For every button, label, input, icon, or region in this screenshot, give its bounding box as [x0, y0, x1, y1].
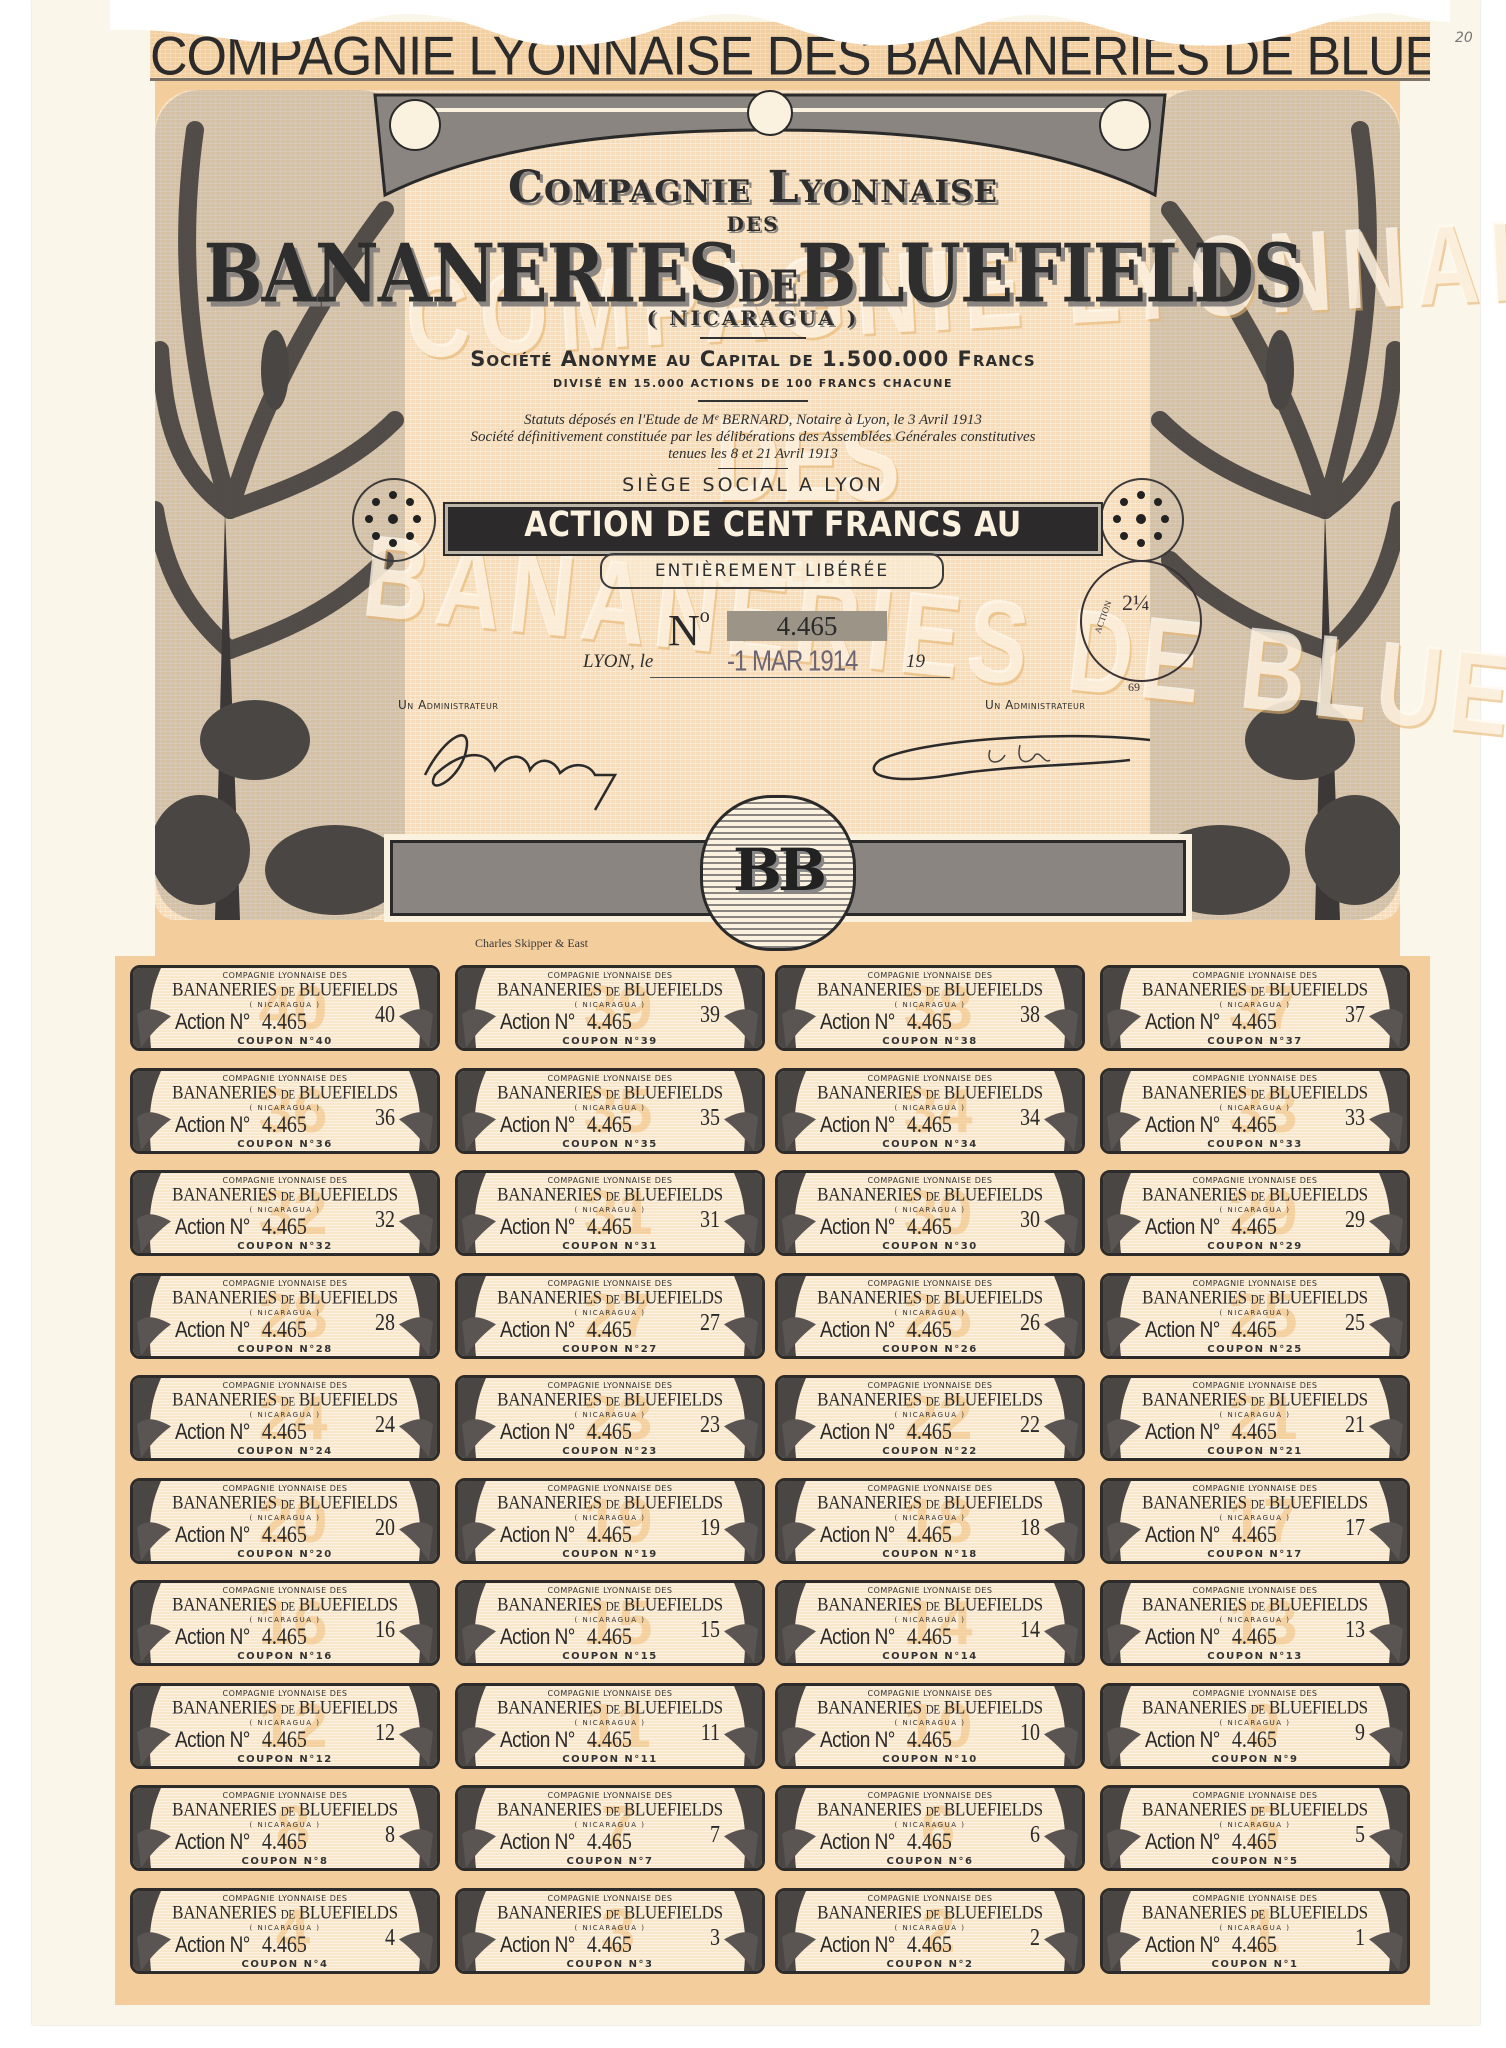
coupon: 37COMPAGNIE LYONNAISE DESBANANERIES DE B… — [1100, 965, 1410, 1051]
coupon-label: COUPON N°10 — [778, 1754, 1082, 1765]
coupon-number: 22 — [1020, 1412, 1040, 1440]
coupon-action-number: Action N°4.465 — [1145, 1522, 1277, 1548]
coupon: 9COMPAGNIE LYONNAISE DESBANANERIES DE BL… — [1100, 1683, 1410, 1769]
coupon-number: 24 — [375, 1412, 395, 1440]
coupon-title: BANANERIES DE BLUEFIELDS — [458, 1492, 762, 1514]
coupon-action-number: Action N°4.465 — [500, 1009, 632, 1035]
coupon-label: COUPON N°21 — [1103, 1446, 1407, 1457]
capital-statement: Société Anonyme au Capital de 1.500.000 … — [0, 347, 1506, 371]
coupon-action-number: Action N°4.465 — [500, 1317, 632, 1343]
coupon-title: BANANERIES DE BLUEFIELDS — [1103, 1082, 1407, 1104]
coupon: 2COMPAGNIE LYONNAISE DESBANANERIES DE BL… — [775, 1888, 1085, 1974]
coupon-number: 32 — [375, 1207, 395, 1235]
coupon: 24COMPAGNIE LYONNAISE DESBANANERIES DE B… — [130, 1375, 440, 1461]
coupon-action-number: Action N°4.465 — [500, 1419, 632, 1445]
coupon-number: 31 — [700, 1207, 720, 1235]
coupon-action-number: Action N°4.465 — [175, 1932, 307, 1958]
coupon-number: 20 — [375, 1514, 395, 1542]
coupon-label: COUPON N°30 — [778, 1241, 1082, 1252]
coupon-label: COUPON N°38 — [778, 1036, 1082, 1047]
coupon-label: COUPON N°31 — [458, 1241, 762, 1252]
title-nicaragua: ( NICARAGUA ) — [0, 306, 1506, 330]
monogram: BB — [703, 836, 853, 904]
coupon-action-number: Action N°4.465 — [820, 1624, 952, 1650]
coupon-label: COUPON N°2 — [778, 1959, 1082, 1970]
coupon-label: COUPON N°34 — [778, 1139, 1082, 1150]
signature-right — [860, 720, 1160, 800]
coupon-number: 11 — [701, 1719, 720, 1747]
pencil-annotation: 20 — [1455, 30, 1473, 46]
date-suffix: 19 — [906, 651, 925, 673]
coupon: 23COMPAGNIE LYONNAISE DESBANANERIES DE B… — [455, 1375, 765, 1461]
coupon: 33COMPAGNIE LYONNAISE DESBANANERIES DE B… — [1100, 1068, 1410, 1154]
coupon-number: 16 — [375, 1617, 395, 1645]
coupon: 11COMPAGNIE LYONNAISE DESBANANERIES DE B… — [455, 1683, 765, 1769]
coupon-title: BANANERIES DE BLUEFIELDS — [133, 1082, 437, 1104]
coupon-label: COUPON N°24 — [133, 1446, 437, 1457]
coupon-title: BANANERIES DE BLUEFIELDS — [1103, 1799, 1407, 1821]
coupon-action-number: Action N°4.465 — [820, 1317, 952, 1343]
coupon: 15COMPAGNIE LYONNAISE DESBANANERIES DE B… — [455, 1580, 765, 1666]
coupon-number: 27 — [700, 1309, 720, 1337]
coupon-label: COUPON N°40 — [133, 1036, 437, 1047]
coupon-title: BANANERIES DE BLUEFIELDS — [458, 1184, 762, 1206]
coupon-title: BANANERIES DE BLUEFIELDS — [133, 979, 437, 1001]
coupon: 39COMPAGNIE LYONNAISE DESBANANERIES DE B… — [455, 965, 765, 1051]
coupon-label: COUPON N°14 — [778, 1651, 1082, 1662]
coupon-action-number: Action N°4.465 — [1145, 1727, 1277, 1753]
coupon-label: COUPON N°35 — [458, 1139, 762, 1150]
coupon: 20COMPAGNIE LYONNAISE DESBANANERIES DE B… — [130, 1478, 440, 1564]
coupon-number: 36 — [375, 1104, 395, 1132]
coupon: 28COMPAGNIE LYONNAISE DESBANANERIES DE B… — [130, 1273, 440, 1359]
coupon-number: 3 — [710, 1924, 720, 1952]
coupon-number: 21 — [1345, 1412, 1365, 1440]
coupon-action-number: Action N°4.465 — [1145, 1624, 1277, 1650]
coupon-title: BANANERIES DE BLUEFIELDS — [1103, 1184, 1407, 1206]
coupon-number: 28 — [375, 1309, 395, 1337]
coupon: 35COMPAGNIE LYONNAISE DESBANANERIES DE B… — [455, 1068, 765, 1154]
coupon-action-number: Action N°4.465 — [175, 1112, 307, 1138]
coupon-label: COUPON N°18 — [778, 1549, 1082, 1560]
coupon-number: 8 — [385, 1822, 395, 1850]
coupon-label: COUPON N°29 — [1103, 1241, 1407, 1252]
coupon-title: BANANERIES DE BLUEFIELDS — [1103, 1389, 1407, 1411]
coupon-title: BANANERIES DE BLUEFIELDS — [778, 979, 1082, 1001]
coupon-number: 33 — [1345, 1104, 1365, 1132]
coupon-title: BANANERIES DE BLUEFIELDS — [133, 1902, 437, 1924]
coupon-action-number: Action N°4.465 — [820, 1522, 952, 1548]
administrator-label-right: Un Administrateur — [985, 698, 1085, 712]
coupon-action-number: Action N°4.465 — [175, 1317, 307, 1343]
coupon-title: BANANERIES DE BLUEFIELDS — [778, 1082, 1082, 1104]
coupon-label: COUPON N°20 — [133, 1549, 437, 1560]
coupon: 34COMPAGNIE LYONNAISE DESBANANERIES DE B… — [775, 1068, 1085, 1154]
coupon: 36COMPAGNIE LYONNAISE DESBANANERIES DE B… — [130, 1068, 440, 1154]
coupon-action-number: Action N°4.465 — [820, 1214, 952, 1240]
coupon-action-number: Action N°4.465 — [175, 1624, 307, 1650]
printer-imprint: Charles Skipper & East — [475, 936, 588, 951]
coupon: 17COMPAGNIE LYONNAISE DESBANANERIES DE B… — [1100, 1478, 1410, 1564]
coupon-title: BANANERIES DE BLUEFIELDS — [778, 1389, 1082, 1411]
coupon-action-number: Action N°4.465 — [1145, 1009, 1277, 1035]
coupon-title: BANANERIES DE BLUEFIELDS — [1103, 1697, 1407, 1719]
coupon-number: 38 — [1020, 1002, 1040, 1030]
coupon-number: 1 — [1355, 1924, 1365, 1952]
coupon-action-number: Action N°4.465 — [820, 1009, 952, 1035]
tax-stamp-value: 2¼ — [1122, 590, 1150, 616]
administrator-label-left: Un Administrateur — [398, 698, 498, 712]
coupon-action-number: Action N°4.465 — [1145, 1419, 1277, 1445]
coupon-title: BANANERIES DE BLUEFIELDS — [458, 1902, 762, 1924]
coupon-title: BANANERIES DE BLUEFIELDS — [458, 1389, 762, 1411]
share-type-banner: ACTION DE CENT FRANCS AU PORTEUR — [445, 504, 1101, 554]
coupon-label: COUPON N°23 — [458, 1446, 762, 1457]
registered-office: SIÈGE SOCIAL A LYON — [0, 474, 1506, 496]
coupon-action-number: Action N°4.465 — [820, 1419, 952, 1445]
coupon-number: 26 — [1020, 1309, 1040, 1337]
coupon-title: BANANERIES DE BLUEFIELDS — [458, 1594, 762, 1616]
coupon-title: BANANERIES DE BLUEFIELDS — [458, 1799, 762, 1821]
numero-sup: o — [700, 605, 710, 627]
coupon-action-number: Action N°4.465 — [500, 1112, 632, 1138]
coupon-number: 15 — [700, 1617, 720, 1645]
coupon-label: COUPON N°3 — [458, 1959, 762, 1970]
coupon-number: 13 — [1345, 1617, 1365, 1645]
coupon-action-number: Action N°4.465 — [175, 1522, 307, 1548]
fully-paid-label: ENTIÈREMENT LIBÉRÉE — [600, 553, 944, 589]
coupon: 1COMPAGNIE LYONNAISE DESBANANERIES DE BL… — [1100, 1888, 1410, 1974]
coupon-number: 7 — [710, 1822, 720, 1850]
coupon-label: COUPON N°37 — [1103, 1036, 1407, 1047]
coupon-number: 37 — [1345, 1002, 1365, 1030]
coupon: 12COMPAGNIE LYONNAISE DESBANANERIES DE B… — [130, 1683, 440, 1769]
coupon: 4COMPAGNIE LYONNAISE DESBANANERIES DE BL… — [130, 1888, 440, 1974]
coupon-action-number: Action N°4.465 — [1145, 1112, 1277, 1138]
coupon: 30COMPAGNIE LYONNAISE DESBANANERIES DE B… — [775, 1170, 1085, 1256]
coupon-action-number: Action N°4.465 — [820, 1829, 952, 1855]
coupon-number: 18 — [1020, 1514, 1040, 1542]
coupon: 25COMPAGNIE LYONNAISE DESBANANERIES DE B… — [1100, 1273, 1410, 1359]
coupon-action-number: Action N°4.465 — [500, 1214, 632, 1240]
certificate-number-label: No — [668, 605, 710, 656]
rosette-ornament-left — [352, 478, 436, 562]
statutes-line-3: tenues les 8 et 21 Avril 1913 — [0, 446, 1506, 463]
divider — [718, 468, 788, 469]
coupon-action-number: Action N°4.465 — [1145, 1932, 1277, 1958]
coupon-title: BANANERIES DE BLUEFIELDS — [1103, 1594, 1407, 1616]
coupon-action-number: Action N°4.465 — [820, 1932, 952, 1958]
coupon-label: COUPON N°32 — [133, 1241, 437, 1252]
coupon-number: 2 — [1030, 1924, 1040, 1952]
coupon-action-number: Action N°4.465 — [500, 1624, 632, 1650]
coupon-title: BANANERIES DE BLUEFIELDS — [458, 1287, 762, 1309]
coupon: 27COMPAGNIE LYONNAISE DESBANANERIES DE B… — [455, 1273, 765, 1359]
coupon-label: COUPON N°26 — [778, 1344, 1082, 1355]
coupon-number: 30 — [1020, 1207, 1040, 1235]
coupon-action-number: Action N°4.465 — [1145, 1829, 1277, 1855]
statutes-line-2: Société définitivement constituée par le… — [0, 429, 1506, 446]
coupon: 22COMPAGNIE LYONNAISE DESBANANERIES DE B… — [775, 1375, 1085, 1461]
date-prefix: LYON, le — [583, 651, 653, 673]
coupon-action-number: Action N°4.465 — [500, 1932, 632, 1958]
coupon-title: BANANERIES DE BLUEFIELDS — [458, 979, 762, 1001]
coupon-title: BANANERIES DE BLUEFIELDS — [1103, 1287, 1407, 1309]
coupon-action-number: Action N°4.465 — [175, 1829, 307, 1855]
coupon-number: 19 — [700, 1514, 720, 1542]
coupon-label: COUPON N°6 — [778, 1856, 1082, 1867]
coupon-title: BANANERIES DE BLUEFIELDS — [1103, 979, 1407, 1001]
coupon-number: 6 — [1030, 1822, 1040, 1850]
coupon-action-number: Action N°4.465 — [175, 1727, 307, 1753]
coupon: 5COMPAGNIE LYONNAISE DESBANANERIES DE BL… — [1100, 1785, 1410, 1871]
coupon-title: BANANERIES DE BLUEFIELDS — [133, 1184, 437, 1206]
coupon-action-number: Action N°4.465 — [175, 1009, 307, 1035]
coupon-title: BANANERIES DE BLUEFIELDS — [133, 1492, 437, 1514]
coupon-label: COUPON N°25 — [1103, 1344, 1407, 1355]
coupon-title: BANANERIES DE BLUEFIELDS — [133, 1594, 437, 1616]
coupon-number: 35 — [700, 1104, 720, 1132]
coupon-number: 25 — [1345, 1309, 1365, 1337]
date-rule — [650, 677, 950, 678]
coupon-title: BANANERIES DE BLUEFIELDS — [1103, 1492, 1407, 1514]
title-de: DE — [737, 260, 797, 312]
coupon-title: BANANERIES DE BLUEFIELDS — [778, 1492, 1082, 1514]
coupon-title: BANANERIES DE BLUEFIELDS — [778, 1287, 1082, 1309]
coupon: 26COMPAGNIE LYONNAISE DESBANANERIES DE B… — [775, 1273, 1085, 1359]
coupon-label: COUPON N°4 — [133, 1959, 437, 1970]
coupon-title: BANANERIES DE BLUEFIELDS — [778, 1902, 1082, 1924]
coupon-label: COUPON N°33 — [1103, 1139, 1407, 1150]
coupon-number: 34 — [1020, 1104, 1040, 1132]
coupon-number: 5 — [1355, 1822, 1365, 1850]
coupon-label: COUPON N°36 — [133, 1139, 437, 1150]
coupon-number: 17 — [1345, 1514, 1365, 1542]
coupon-label: COUPON N°15 — [458, 1651, 762, 1662]
coupon-label: COUPON N°39 — [458, 1036, 762, 1047]
statutes-line-1: Statuts déposés en l'Etude de Mᵉ BERNARD… — [0, 412, 1506, 429]
coupon: 8COMPAGNIE LYONNAISE DESBANANERIES DE BL… — [130, 1785, 440, 1871]
coupon: 38COMPAGNIE LYONNAISE DESBANANERIES DE B… — [775, 965, 1085, 1051]
coupon-label: COUPON N°27 — [458, 1344, 762, 1355]
divider — [700, 337, 806, 339]
coupon-title: BANANERIES DE BLUEFIELDS — [133, 1697, 437, 1719]
coupon-title: BANANERIES DE BLUEFIELDS — [1103, 1902, 1407, 1924]
coupon-number: 4 — [385, 1924, 395, 1952]
coupon-number: 39 — [700, 1002, 720, 1030]
coupon-number: 23 — [700, 1412, 720, 1440]
coupon-label: COUPON N°11 — [458, 1754, 762, 1765]
coupon: 16COMPAGNIE LYONNAISE DESBANANERIES DE B… — [130, 1580, 440, 1666]
coupon-number: 10 — [1020, 1719, 1040, 1747]
coupon-title: BANANERIES DE BLUEFIELDS — [133, 1389, 437, 1411]
date-stamp: -1 MAR 1914 — [727, 645, 857, 679]
tax-stamp-number: 69 — [1128, 680, 1140, 695]
coupon-label: COUPON N°9 — [1103, 1754, 1407, 1765]
coupon-action-number: Action N°4.465 — [1145, 1317, 1277, 1343]
coupon-title: BANANERIES DE BLUEFIELDS — [778, 1594, 1082, 1616]
coupon: 29COMPAGNIE LYONNAISE DESBANANERIES DE B… — [1100, 1170, 1410, 1256]
coupon-title: BANANERIES DE BLUEFIELDS — [778, 1184, 1082, 1206]
coupon-title: BANANERIES DE BLUEFIELDS — [778, 1799, 1082, 1821]
coupon: 31COMPAGNIE LYONNAISE DESBANANERIES DE B… — [455, 1170, 765, 1256]
coupon-number: 29 — [1345, 1207, 1365, 1235]
coupon: 19COMPAGNIE LYONNAISE DESBANANERIES DE B… — [455, 1478, 765, 1564]
coupon-label: COUPON N°7 — [458, 1856, 762, 1867]
monogram-medallion: BB — [700, 795, 856, 951]
coupon-action-number: Action N°4.465 — [175, 1419, 307, 1445]
coupon: 21COMPAGNIE LYONNAISE DESBANANERIES DE B… — [1100, 1375, 1410, 1461]
divider — [698, 400, 808, 402]
coupon-number: 14 — [1020, 1617, 1040, 1645]
coupon-title: BANANERIES DE BLUEFIELDS — [133, 1799, 437, 1821]
coupon-title: BANANERIES DE BLUEFIELDS — [133, 1287, 437, 1309]
numero-n: N — [668, 606, 700, 655]
coupon-label: COUPON N°5 — [1103, 1856, 1407, 1867]
coupon-action-number: Action N°4.465 — [820, 1112, 952, 1138]
certificate-number: 4.465 — [727, 611, 887, 641]
title-compagnie-lyonnaise: Compagnie Lyonnaise — [0, 162, 1506, 213]
coupon-action-number: Action N°4.465 — [820, 1727, 952, 1753]
coupon: 7COMPAGNIE LYONNAISE DESBANANERIES DE BL… — [455, 1785, 765, 1871]
coupon-label: COUPON N°13 — [1103, 1651, 1407, 1662]
coupon: 18COMPAGNIE LYONNAISE DESBANANERIES DE B… — [775, 1478, 1085, 1564]
shares-division: DIVISÉ EN 15.000 ACTIONS DE 100 FRANCS C… — [0, 377, 1506, 390]
coupon-label: COUPON N°22 — [778, 1446, 1082, 1457]
coupon-title: BANANERIES DE BLUEFIELDS — [458, 1082, 762, 1104]
coupon-number: 12 — [375, 1719, 395, 1747]
statutes-text: Statuts déposés en l'Etude de Mᵉ BERNARD… — [0, 412, 1506, 463]
coupon-label: COUPON N°17 — [1103, 1549, 1407, 1560]
coupon-action-number: Action N°4.465 — [500, 1522, 632, 1548]
coupon: 6COMPAGNIE LYONNAISE DESBANANERIES DE BL… — [775, 1785, 1085, 1871]
coupon: 13COMPAGNIE LYONNAISE DESBANANERIES DE B… — [1100, 1580, 1410, 1666]
coupon-action-number: Action N°4.465 — [1145, 1214, 1277, 1240]
coupon-number: 9 — [1355, 1719, 1365, 1747]
coupon-label: COUPON N°16 — [133, 1651, 437, 1662]
coupon-label: COUPON N°28 — [133, 1344, 437, 1355]
coupon: 10COMPAGNIE LYONNAISE DESBANANERIES DE B… — [775, 1683, 1085, 1769]
coupon-title: BANANERIES DE BLUEFIELDS — [778, 1697, 1082, 1719]
coupon: 32COMPAGNIE LYONNAISE DESBANANERIES DE B… — [130, 1170, 440, 1256]
coupon: 14COMPAGNIE LYONNAISE DESBANANERIES DE B… — [775, 1580, 1085, 1666]
rosette-ornament-right — [1100, 478, 1184, 562]
coupon-label: COUPON N°19 — [458, 1549, 762, 1560]
torn-edge — [110, 0, 1450, 60]
signature-left — [405, 715, 655, 815]
coupon-number: 40 — [375, 1002, 395, 1030]
coupon: 40COMPAGNIE LYONNAISE DESBANANERIES DE B… — [130, 965, 440, 1051]
coupon-label: COUPON N°8 — [133, 1856, 437, 1867]
coupon: 3COMPAGNIE LYONNAISE DESBANANERIES DE BL… — [455, 1888, 765, 1974]
coupon-title: BANANERIES DE BLUEFIELDS — [458, 1697, 762, 1719]
coupon-action-number: Action N°4.465 — [500, 1829, 632, 1855]
coupon-label: COUPON N°12 — [133, 1754, 437, 1765]
coupon-action-number: Action N°4.465 — [500, 1727, 632, 1753]
coupon-label: COUPON N°1 — [1103, 1959, 1407, 1970]
coupon-action-number: Action N°4.465 — [175, 1214, 307, 1240]
